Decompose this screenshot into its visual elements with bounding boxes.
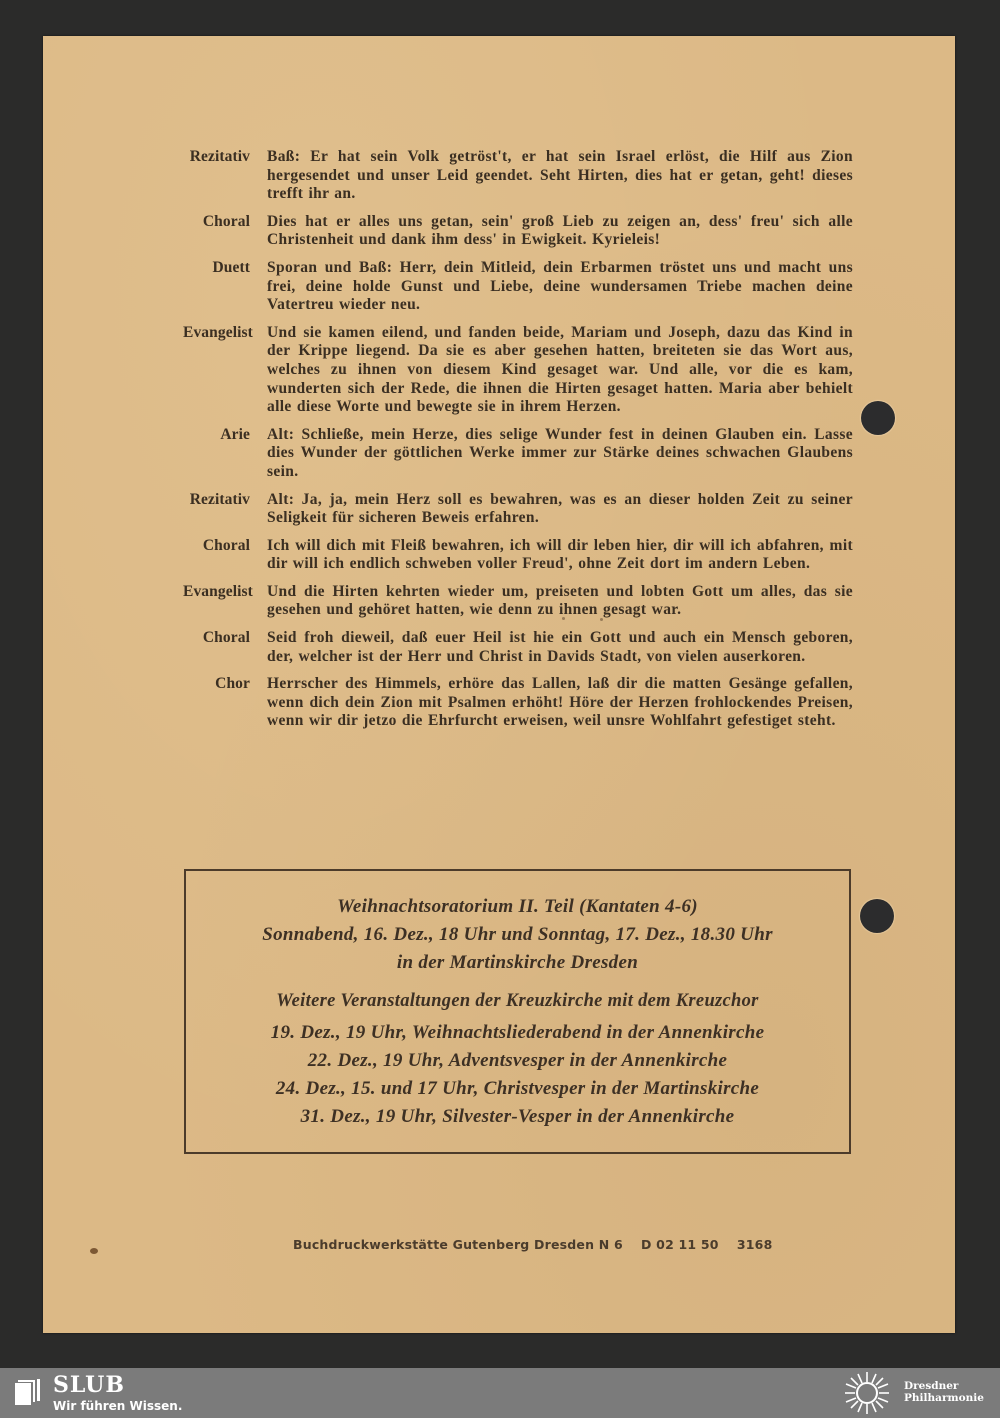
performance-title: Weihnachtsoratorium II. Teil (Kantaten 4…	[186, 893, 849, 921]
libretto-entry: Rezitativ Baß: Er hat sein Volk getröst'…	[183, 148, 853, 204]
ink-stain-icon	[90, 1248, 98, 1254]
entry-text: Dies hat er alles uns getan, sein' groß …	[267, 213, 853, 250]
punch-hole-icon	[861, 401, 895, 435]
announcement-box: Weihnachtsoratorium II. Teil (Kantaten 4…	[184, 869, 851, 1154]
philharmonie-line2: Philharmonie	[904, 1392, 984, 1404]
entry-label: Choral	[183, 629, 267, 648]
entry-label: Choral	[183, 213, 267, 232]
libretto-entry: Choral Ich will dich mit Fleiß bewahren,…	[183, 537, 853, 574]
viewer-footer: SLUB Wir führen Wissen. Dresdner Philhar…	[0, 1368, 1000, 1418]
event-line: 19. Dez., 19 Uhr, Weihnachtsliederabend …	[186, 1019, 849, 1047]
paper-speck-icon	[562, 617, 565, 620]
punch-hole-icon	[860, 899, 894, 933]
entry-text: Seid froh dieweil, daß euer Heil ist hie…	[267, 629, 853, 666]
performance-dates: Sonnabend, 16. Dez., 18 Uhr und Sonntag,…	[186, 921, 849, 949]
slub-logo-text[interactable]: SLUB	[53, 1372, 125, 1398]
entry-label: Rezitativ	[183, 491, 267, 510]
entry-label: Arie	[183, 426, 267, 445]
performance-venue: in der Martinskirche Dresden	[186, 949, 849, 977]
entry-label: Duett	[183, 259, 267, 278]
libretto-entry: Evangelist Und sie kamen eilend, und fan…	[183, 324, 853, 417]
libretto-entry: Choral Dies hat er alles uns getan, sein…	[183, 213, 853, 250]
entry-label: Evangelist	[183, 583, 267, 602]
entry-text: Sporan und Baß: Herr, dein Mitleid, dein…	[267, 259, 853, 315]
entry-text: Und sie kamen eilend, und fanden beide, …	[267, 324, 853, 417]
libretto-entries: Rezitativ Baß: Er hat sein Volk getröst'…	[183, 148, 853, 740]
slub-tagline: Wir führen Wissen.	[53, 1399, 182, 1413]
libretto-entry: Rezitativ Alt: Ja, ja, mein Herz soll es…	[183, 491, 853, 528]
printer-imprint: Buchdruckwerkstätte Gutenberg Dresden N …	[293, 1237, 743, 1252]
document-page: Rezitativ Baß: Er hat sein Volk getröst'…	[43, 36, 955, 1333]
libretto-entry: Choral Seid froh dieweil, daß euer Heil …	[183, 629, 853, 666]
entry-label: Choral	[183, 537, 267, 556]
entry-label: Chor	[183, 675, 267, 694]
event-line: 31. Dez., 19 Uhr, Silvester-Vesper in de…	[186, 1103, 849, 1131]
libretto-entry: Chor Herrscher des Himmels, erhöre das L…	[183, 675, 853, 731]
further-events-heading: Weitere Veranstaltungen der Kreuzkirche …	[186, 987, 849, 1015]
philharmonie-logo-text[interactable]: Dresdner Philharmonie	[904, 1380, 984, 1404]
philharmonie-line1: Dresdner	[904, 1380, 984, 1392]
paper-speck-icon	[600, 618, 603, 621]
entry-text: Herrscher des Himmels, erhöre das Lallen…	[267, 675, 853, 731]
entry-text: Ich will dich mit Fleiß bewahren, ich wi…	[267, 537, 853, 574]
entry-text: Alt: Schließe, mein Herze, dies selige W…	[267, 426, 853, 482]
performance-announcement: Weihnachtsoratorium II. Teil (Kantaten 4…	[186, 893, 849, 977]
sunburst-ring-icon[interactable]	[842, 1370, 892, 1416]
event-line: 24. Dez., 15. und 17 Uhr, Christvesper i…	[186, 1075, 849, 1103]
libretto-entry: Arie Alt: Schließe, mein Herze, dies sel…	[183, 426, 853, 482]
entry-label: Rezitativ	[183, 148, 267, 167]
further-events: Weitere Veranstaltungen der Kreuzkirche …	[186, 987, 849, 1131]
entry-label: Evangelist	[183, 324, 267, 343]
entry-text: Baß: Er hat sein Volk getröst't, er hat …	[267, 148, 853, 204]
entry-text: Und die Hirten kehrten wieder um, preise…	[267, 583, 853, 620]
libretto-entry: Duett Sporan und Baß: Herr, dein Mitleid…	[183, 259, 853, 315]
event-line: 22. Dez., 19 Uhr, Adventsvesper in der A…	[186, 1047, 849, 1075]
book-pages-icon	[12, 1378, 42, 1406]
libretto-entry: Evangelist Und die Hirten kehrten wieder…	[183, 583, 853, 620]
entry-text: Alt: Ja, ja, mein Herz soll es bewahren,…	[267, 491, 853, 528]
